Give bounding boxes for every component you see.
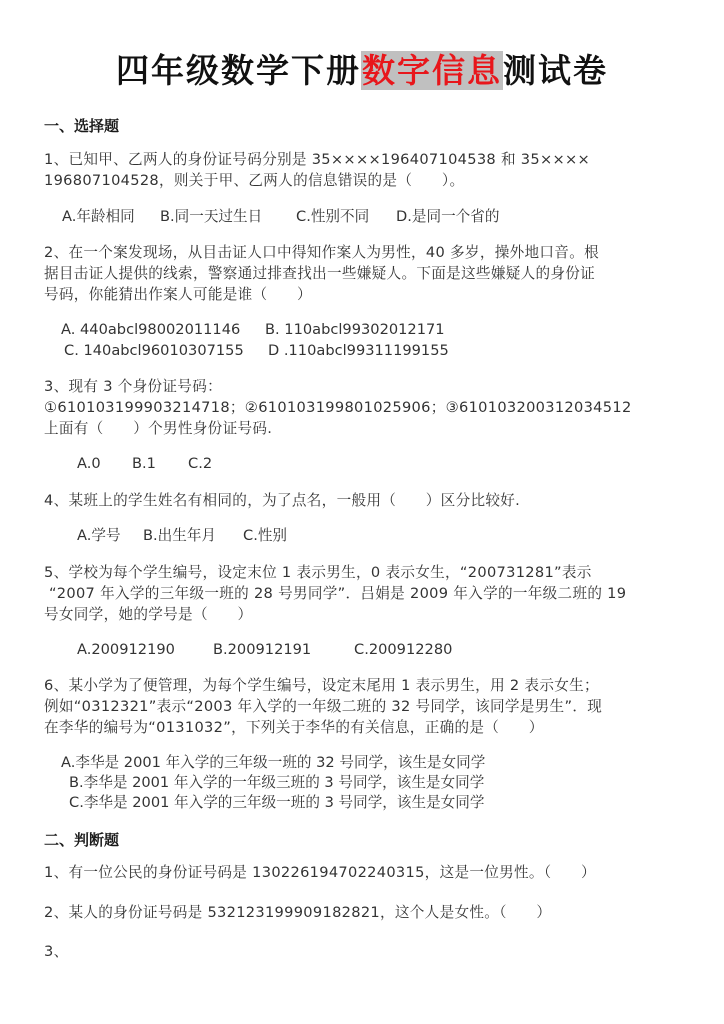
section-heading-true-false: 二、判断题 — [44, 829, 119, 850]
q2-option-a: A. 440abcl98002011146 — [61, 319, 240, 340]
q2-option-b: B. 110abcl99302012171 — [265, 319, 445, 340]
question-3-line-2: ①610103199903214718；②610103199801025906；… — [44, 397, 632, 418]
q4-option-c: C.性别 — [243, 525, 287, 546]
question-5-line-1: 5、学校为每个学生编号，设定末位 1 表示男生，0 表示女生，“20073128… — [44, 562, 592, 583]
question-6-line-2: 例如“0312321”表示“2003 年入学的一年级二班的 32 号同学，该同学… — [44, 696, 602, 717]
question-3-line-1: 3、现有 3 个身份证号码： — [44, 376, 222, 397]
question-2-line-1: 2、在一个案发现场，从目击证人口中得知作案人为男性，40 多岁，操外地口音。根 — [44, 242, 599, 263]
q1-option-c: C.性别不同 — [296, 206, 369, 227]
q2-option-c: C. 140abcl96010307155 — [64, 340, 244, 361]
question-2-line-3: 号码，你能猜出作案人可能是谁（ ） — [44, 284, 312, 305]
question-6-line-3: 在李华的编号为“0131032”，下列关于李华的有关信息，正确的是（ ） — [44, 717, 544, 738]
question-2-line-2: 据目击证人提供的线索，警察通过排查找出一些嫌疑人。下面是这些嫌疑人的身份证 — [44, 263, 595, 284]
question-6-line-1: 6、某小学为了便管理，为每个学生编号，设定末尾用 1 表示男生，用 2 表示女生… — [44, 675, 599, 696]
q5-option-c: C.200912280 — [354, 639, 452, 660]
q4-option-a: A.学号 — [77, 525, 121, 546]
q6-option-b: B.李华是 2001 年入学的一年级三班的 3 号同学，该生是女同学 — [69, 772, 484, 793]
title-prefix: 四年级数学下册 — [116, 51, 361, 90]
question-4-line-1: 4、某班上的学生姓名有相同的，为了点名，一般用（ ）区分比较好. — [44, 490, 520, 511]
q1-option-b: B.同一天过生日 — [160, 206, 262, 227]
title-suffix: 测试卷 — [503, 51, 608, 90]
question-5-line-2: “2007 年入学的三年级一班的 28 号男同学”．吕娟是 2009 年入学的一… — [44, 583, 626, 604]
question-1-line-2: 196807104528，则关于甲、乙两人的信息错误的是（ ）。 — [44, 170, 464, 191]
q3-option-a: A.0 — [77, 453, 101, 474]
q6-option-c: C.李华是 2001 年入学的三年级一班的 3 号同学，该生是女同学 — [69, 792, 484, 813]
question-1-line-1: 1、已知甲、乙两人的身份证号码分别是 35××××196407104538 和 … — [44, 149, 590, 170]
q3-option-b: B.1 — [132, 453, 156, 474]
tf-question-1: 1、有一位公民的身份证号码是 130226194702240315，这是一位男性… — [44, 862, 596, 883]
page-title: 四年级数学下册数字信息测试卷 — [0, 44, 724, 97]
q4-option-b: B.出生年月 — [143, 525, 216, 546]
question-3-line-3: 上面有（ ）个男性身份证号码. — [44, 418, 272, 439]
tf-question-3: 3、 — [44, 941, 68, 962]
q1-option-a: A.年龄相同 — [62, 206, 135, 227]
q5-option-b: B.200912191 — [213, 639, 311, 660]
q5-option-a: A.200912190 — [77, 639, 175, 660]
tf-question-2: 2、某人的身份证号码是 532123199909182821，这个人是女性。（ … — [44, 902, 551, 923]
q6-option-a: A.李华是 2001 年入学的三年级一班的 32 号同学，该生是女同学 — [61, 752, 485, 773]
q3-option-c: C.2 — [188, 453, 212, 474]
question-5-line-3: 号女同学，她的学号是（ ） — [44, 604, 252, 625]
q1-option-d: D.是同一个省的 — [396, 206, 499, 227]
section-heading-multiple-choice: 一、选择题 — [44, 115, 119, 136]
title-highlight: 数字信息 — [361, 51, 503, 90]
q2-option-d: D .110abcl99311199155 — [268, 340, 449, 361]
